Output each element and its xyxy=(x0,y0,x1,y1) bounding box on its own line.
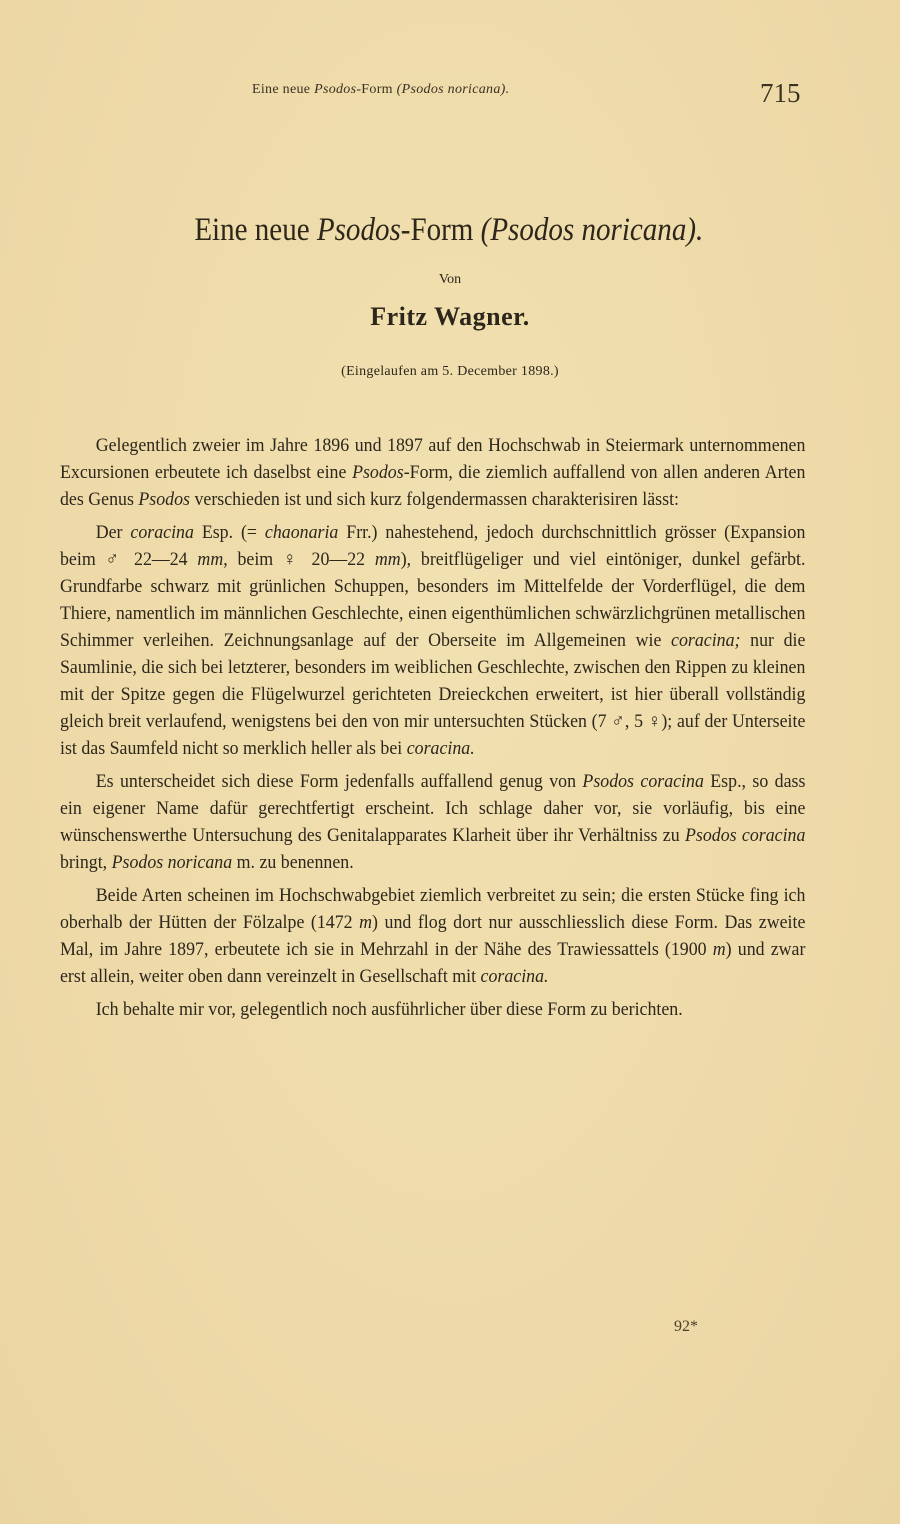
byline-label: Von xyxy=(0,272,900,288)
running-head-species: (Psodos noricana). xyxy=(397,82,510,97)
page-number: 715 xyxy=(760,78,801,109)
text: Es unterscheidet sich diese Form jedenfa… xyxy=(96,771,583,792)
signature-mark: 92* xyxy=(674,1318,698,1336)
paragraph-1: Gelegentlich zweier im Jahre 1896 und 18… xyxy=(60,432,805,513)
text: Ich behalte mir vor, gelegentlich noch a… xyxy=(96,999,683,1020)
title-species: (Psodos noricana). xyxy=(481,212,704,248)
title-genus: Psodos xyxy=(317,212,401,248)
italic-text: Psodos coracina xyxy=(685,825,805,846)
text: bringt, xyxy=(60,852,112,873)
italic-text: coracina. xyxy=(481,966,549,987)
italic-text: coracina xyxy=(130,522,193,543)
title-text: -Form xyxy=(401,212,481,248)
italic-text: m xyxy=(713,939,726,960)
italic-text: Psodos xyxy=(352,462,404,483)
italic-text: mm xyxy=(375,549,401,570)
received-date: (Eingelaufen am 5. December 1898.) xyxy=(0,364,900,380)
text: Esp. (= xyxy=(194,522,265,543)
text: , beim ♀ 20—22 xyxy=(223,549,375,570)
italic-text: m xyxy=(359,912,372,933)
text: Der xyxy=(96,522,131,543)
running-head-genus: Psodos xyxy=(314,82,356,97)
italic-text: chaonaria xyxy=(265,522,338,543)
paragraph-3: Es unterscheidet sich diese Form jedenfa… xyxy=(60,768,805,876)
italic-text: Psodos coracina xyxy=(582,771,703,792)
italic-text: coracina. xyxy=(407,738,475,759)
paragraph-2: Der coracina Esp. (= chaonaria Frr.) nah… xyxy=(60,519,805,762)
text: m. zu benennen. xyxy=(232,852,354,873)
author-name: Fritz Wagner. xyxy=(0,302,900,332)
paragraph-5: Ich behalte mir vor, gelegentlich noch a… xyxy=(60,996,805,1023)
title-text: Eine neue xyxy=(194,212,317,248)
paragraph-4: Beide Arten scheinen im Hochschwabgebiet… xyxy=(60,882,805,990)
italic-text: Psodos xyxy=(138,489,190,510)
running-head: Eine neue Psodos-Form (Psodos noricana). xyxy=(252,82,812,98)
article-body: Gelegentlich zweier im Jahre 1896 und 18… xyxy=(60,432,805,1029)
running-head-text: -Form xyxy=(356,82,396,97)
italic-text: coracina; xyxy=(671,630,740,651)
italic-text: mm xyxy=(197,549,223,570)
italic-text: Psodos noricana xyxy=(112,852,233,873)
text: verschieden ist und sich kurz folgenderm… xyxy=(190,489,679,510)
running-head-text: Eine neue xyxy=(252,82,314,97)
article-title: Eine neue Psodos-Form (Psodos noricana). xyxy=(53,212,845,249)
